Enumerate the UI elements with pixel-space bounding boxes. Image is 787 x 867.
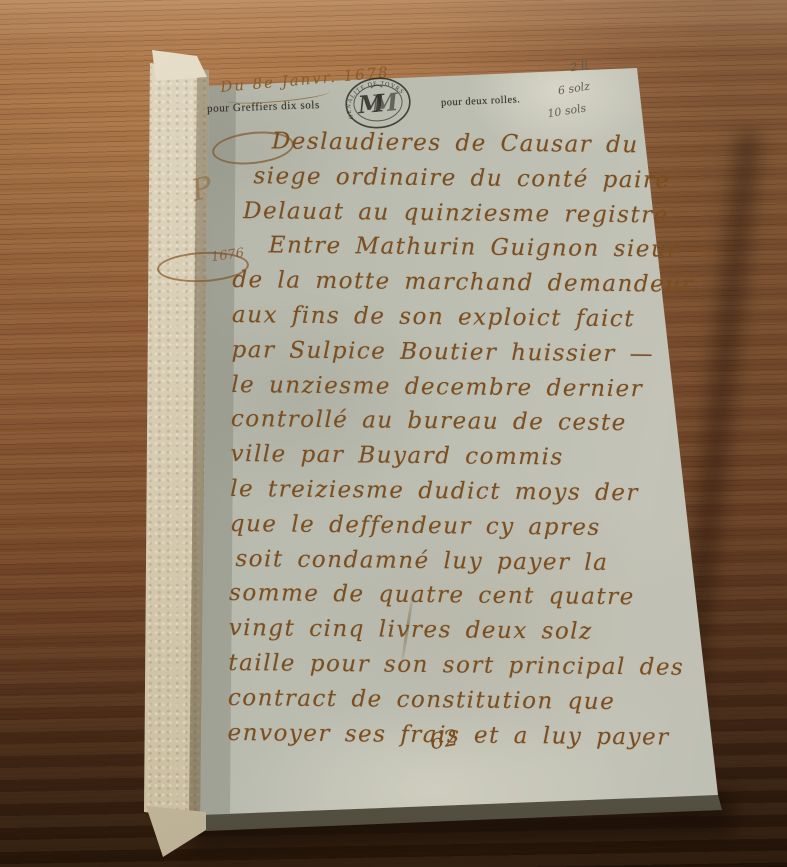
manuscript-line: Entre Mathurin Guignon sieur — [233,228,719,268]
corner-note: 2 ll [569,55,590,78]
manuscript-body-text: Deslaudieres de Causar dusiege ordinaire… [227,124,719,755]
photograph: Du 8e Janvr. 1678 pour Greffiers dix sol… [0,0,787,867]
corner-fee-annotations: 2 ll6 solz10 sols [539,55,596,125]
manuscript-line: vingt cinq livres deux solz [229,611,715,651]
manuscript-line: soit condamné luy payer la [229,542,715,582]
manuscript-line: ville par Buyard commis [230,437,716,477]
manuscript-line: Deslaudieres de Causar du [234,124,720,164]
document-content: Du 8e Janvr. 1678 pour Greffiers dix sol… [0,0,787,867]
manuscript-line: somme de quatre cent quatre [229,576,715,616]
manuscript-line: controllé au bureau de ceste [231,402,717,442]
manuscript-line: de la motte marchand demandeur [232,263,718,303]
corner-note: 10 sols [546,96,596,124]
generalite-stamp-seal: GENALITE DE TOVRS M M [341,73,415,133]
manuscript-line: siege ordinaire du conté paire [233,159,719,199]
stamp-monogram: M [369,87,400,118]
manuscript-line: que le deffendeur cy apres [230,507,716,547]
manuscript-line: envoyer ses frais et a luy payer [227,716,713,756]
printed-fee-note-right: pour deux rolles. [441,94,521,108]
manuscript-line: le treiziesme dudict moys der [230,472,716,512]
manuscript-line: aux fins de son exploict faict [232,298,718,338]
manuscript-line: le unziesme decembre dernier [231,368,717,408]
manuscript-line: Delauat au quinziesme registre [233,194,719,234]
margin-paraph: P [188,170,216,209]
closing-paraph: 62 [428,726,460,755]
manuscript-line: contract de constitution que [228,681,714,721]
manuscript-line: taille pour son sort principal des [228,646,714,686]
manuscript-line: par Sulpice Boutier huissier — [231,333,717,373]
printed-fee-note-left: pour Greffiers dix sols [207,99,320,115]
